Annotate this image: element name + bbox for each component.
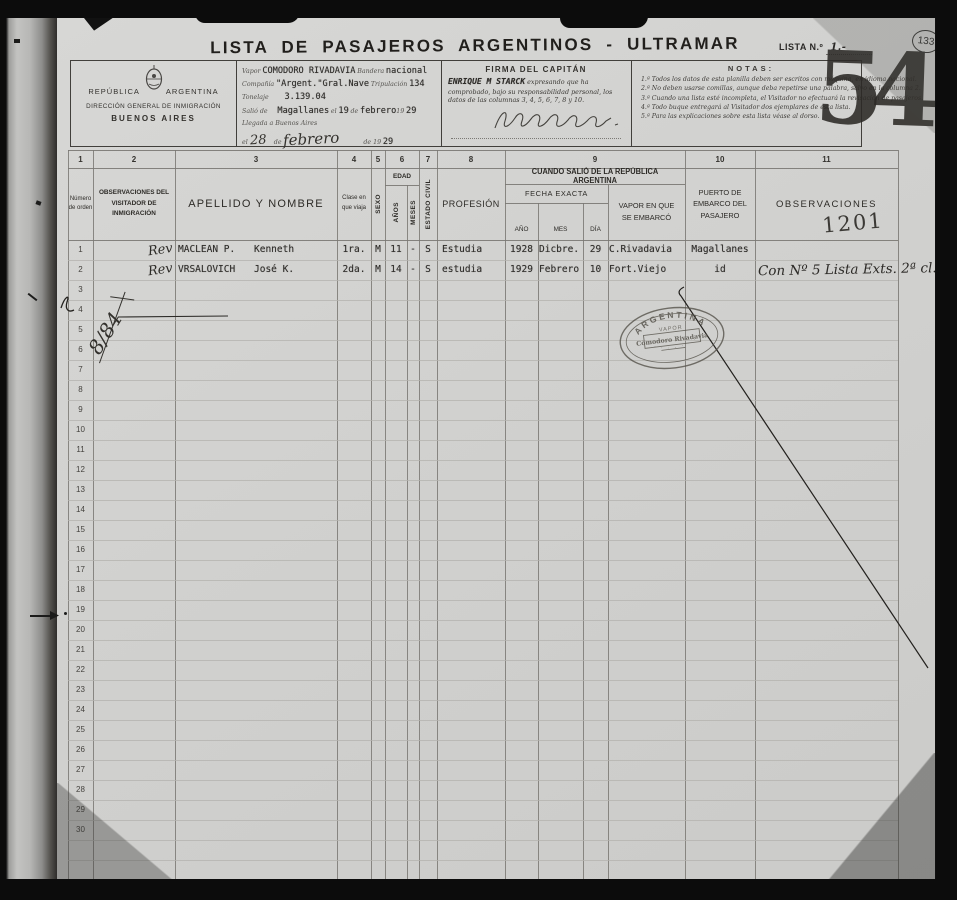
scan-corner-artifact bbox=[82, 17, 117, 32]
cell-anio: 1929 bbox=[505, 263, 538, 277]
th-sexo: SEXO bbox=[371, 168, 385, 240]
table-row: 11 bbox=[68, 440, 898, 460]
de-label: de bbox=[351, 108, 359, 115]
tonelaje-value: 3.139.04 bbox=[284, 92, 325, 102]
table-row: 15 bbox=[68, 520, 898, 540]
table-row: 5 bbox=[68, 320, 898, 340]
cell-num: 30 bbox=[68, 823, 93, 837]
cell-anios: 14 bbox=[385, 263, 407, 277]
bandera-label: Bandera bbox=[357, 68, 384, 75]
compania-label: Compañía bbox=[242, 81, 274, 88]
cell-num: 22 bbox=[68, 663, 93, 677]
cell-num: 5 bbox=[68, 323, 93, 337]
table-row: 19 bbox=[68, 600, 898, 620]
th-clase: Clase en que viaja bbox=[337, 168, 371, 240]
republica-label: REPÚBLICA bbox=[88, 87, 140, 96]
scan-black-blob bbox=[195, 0, 300, 23]
cell-sexo: M bbox=[371, 243, 385, 257]
cell-num: 28 bbox=[68, 783, 93, 797]
cell-num: 20 bbox=[68, 623, 93, 637]
table-row: 24 bbox=[68, 700, 898, 720]
cell-num: 15 bbox=[68, 523, 93, 537]
llegada-de19-label: de 19 bbox=[363, 139, 381, 146]
column-number: 11 bbox=[755, 150, 898, 168]
big-stamped-page-number: 54 bbox=[813, 37, 928, 141]
th-vapor-embarco: VAPOR EN QUE SE EMBARCÓ bbox=[608, 184, 685, 240]
ink-dot bbox=[64, 612, 67, 615]
th-anio: AÑO bbox=[505, 203, 538, 240]
th-cuando-salio: CUANDO SALIÓ DE LA REPÚBLICA ARGENTINA bbox=[510, 168, 681, 184]
cell-apellido: VRSALOVICH bbox=[178, 263, 258, 277]
vapor-label: Vapor bbox=[242, 68, 261, 75]
cell-num: 16 bbox=[68, 543, 93, 557]
page-title: LISTA DE PASAJEROS ARGENTINOS - ULTRAMAR bbox=[195, 34, 755, 59]
salio-puerto-value: Magallanes bbox=[277, 106, 329, 116]
table-row: 22 bbox=[68, 660, 898, 680]
ink-speck bbox=[14, 39, 20, 43]
cell-clase: 1ra. bbox=[337, 243, 371, 257]
cell-dia: 10 bbox=[583, 263, 608, 277]
table-row: 9 bbox=[68, 400, 898, 420]
cell-num: 25 bbox=[68, 723, 93, 737]
cell-puerto: Magallanes bbox=[685, 243, 755, 257]
column-number: 1 bbox=[68, 150, 93, 168]
table-row: 20 bbox=[68, 620, 898, 640]
cell-nombre: Kenneth bbox=[254, 243, 334, 257]
llegada-label: Llegada a Buenos Aires bbox=[242, 120, 317, 127]
column-number: 6 bbox=[385, 150, 419, 168]
cell-num: 12 bbox=[68, 463, 93, 477]
column-number: 10 bbox=[685, 150, 755, 168]
llegada-mes-handwritten: febrero bbox=[283, 128, 340, 149]
cell-anio: 1928 bbox=[505, 243, 538, 257]
cell-num: 27 bbox=[68, 763, 93, 777]
direccion-label: DIRECCIÓN GENERAL DE INMIGRACIÓN bbox=[71, 103, 236, 110]
th-numero: Número de orden bbox=[68, 168, 93, 240]
table-row: 28 bbox=[68, 780, 898, 800]
table-row: 2RevVRSALOVICHJosé K.2da.M14-Sestudia192… bbox=[68, 260, 898, 280]
th-mes: MES bbox=[538, 203, 583, 240]
table-row: 25 bbox=[68, 720, 898, 740]
column-number: 2 bbox=[93, 150, 175, 168]
cell-puerto: id bbox=[685, 263, 755, 277]
th-apellido-nombre: APELLIDO Y NOMBRE bbox=[175, 168, 337, 240]
th-dia: DÍA bbox=[583, 203, 608, 240]
column-number: 7 bbox=[419, 150, 437, 168]
vapor-value: COMODORO RIVADAVIA bbox=[262, 66, 355, 76]
cell-num: 7 bbox=[68, 363, 93, 377]
th-meses: MESES bbox=[407, 185, 419, 240]
column-number: 8 bbox=[437, 150, 505, 168]
ciudad-label: BUENOS AIRES bbox=[71, 114, 236, 123]
cell-dia: 29 bbox=[583, 243, 608, 257]
llegada-de-label: de bbox=[274, 139, 282, 146]
llegada-el-label: el bbox=[242, 139, 248, 146]
table-row: 4 bbox=[68, 300, 898, 320]
tripulacion-value: 134 bbox=[409, 79, 425, 89]
cell-num: 23 bbox=[68, 683, 93, 697]
salio-anio-value: 29 bbox=[406, 106, 416, 116]
cell-num: 24 bbox=[68, 703, 93, 717]
salio-dia-value: 19 bbox=[338, 106, 348, 116]
cell-nombre: José K. bbox=[254, 263, 334, 277]
cell-num: 29 bbox=[68, 803, 93, 817]
table-row: 13 bbox=[68, 480, 898, 500]
ship-info-block: Vapor COMODORO RIVADAVIA Bandera naciona… bbox=[236, 61, 441, 146]
book-binding-edge bbox=[0, 0, 57, 900]
cell-profesion: Estudia bbox=[442, 243, 506, 257]
table-row: 6 bbox=[68, 340, 898, 360]
cell-num: 19 bbox=[68, 603, 93, 617]
anio-prefijo: 19 bbox=[396, 108, 404, 115]
table-row: 29 bbox=[68, 800, 898, 820]
cell-num: 21 bbox=[68, 643, 93, 657]
tripulacion-label: Tripulación bbox=[371, 81, 407, 88]
cell-num: 13 bbox=[68, 483, 93, 497]
cell-num: 6 bbox=[68, 343, 93, 357]
cell-num: 1 bbox=[68, 243, 93, 257]
firma-title: FIRMA DEL CAPITÁN bbox=[448, 65, 624, 74]
th-profesion: PROFESIÓN bbox=[437, 168, 505, 240]
table-row: 27 bbox=[68, 760, 898, 780]
column-number: 5 bbox=[371, 150, 385, 168]
cell-mes: Febrero bbox=[539, 263, 584, 277]
cell-num: 26 bbox=[68, 743, 93, 757]
argentina-label: ARGENTINA bbox=[166, 87, 219, 96]
cell-obs: Con Nº 5 Lista Exts. 2ª cl. bbox=[758, 262, 908, 279]
cell-num: 14 bbox=[68, 503, 93, 517]
cell-clase: 2da. bbox=[337, 263, 371, 277]
cell-num: 8 bbox=[68, 383, 93, 397]
margin-arrow-mark bbox=[30, 615, 52, 617]
captain-name: ENRIQUE M STARCK bbox=[448, 77, 525, 86]
th-observaciones-visitador: OBSERVACIONES DEL VISITADOR DE INMIGRACI… bbox=[93, 168, 175, 240]
cell-estado: S bbox=[419, 243, 437, 257]
cell-profesion: estudia bbox=[442, 263, 506, 277]
table-row-line bbox=[68, 860, 898, 861]
salio-label: Salió de bbox=[242, 108, 268, 115]
table-row: 8 bbox=[68, 380, 898, 400]
cell-vapor: C.Rivadavia bbox=[609, 243, 685, 257]
cell-num: 17 bbox=[68, 563, 93, 577]
llegada-dia-handwritten: 28 bbox=[249, 132, 266, 148]
th-fecha-exacta: FECHA EXACTA bbox=[505, 184, 608, 203]
bandera-value: nacional bbox=[386, 66, 427, 76]
table-row: 12 bbox=[68, 460, 898, 480]
agency-block: REPÚBLICA ARGENTINA DIRECCIÓN GENERAL DE… bbox=[71, 61, 236, 146]
table-row: 3 bbox=[68, 280, 898, 300]
table-row: 30 bbox=[68, 820, 898, 840]
cell-mes: Dicbre. bbox=[539, 243, 584, 257]
cell-num: 4 bbox=[68, 303, 93, 317]
column-number: 9 bbox=[505, 150, 685, 168]
table-row: 26 bbox=[68, 740, 898, 760]
cell-sexo: M bbox=[371, 263, 385, 277]
cell-num: 11 bbox=[68, 443, 93, 457]
cell-num: 9 bbox=[68, 403, 93, 417]
table-row: 23 bbox=[68, 680, 898, 700]
cell-anios: 11 bbox=[385, 243, 407, 257]
cell-apellido: MACLEAN P. bbox=[178, 243, 258, 257]
th-anios: AÑOS bbox=[385, 185, 407, 240]
table-row: 10 bbox=[68, 420, 898, 440]
table-row: 21 bbox=[68, 640, 898, 660]
llegada-anio-value: 29 bbox=[383, 137, 393, 147]
form-header-boxes: REPÚBLICA ARGENTINA DIRECCIÓN GENERAL DE… bbox=[70, 60, 862, 147]
cell-num: 10 bbox=[68, 423, 93, 437]
scan-black-band-right bbox=[936, 0, 957, 900]
document-page: LISTA DE PASAJEROS ARGENTINOS - ULTRAMAR… bbox=[57, 17, 935, 883]
scan-black-blob bbox=[560, 0, 648, 28]
cell-estado: S bbox=[419, 263, 437, 277]
scan-black-band-bottom bbox=[0, 879, 957, 900]
table-row: 16 bbox=[68, 540, 898, 560]
table-row: 17 bbox=[68, 560, 898, 580]
compania-value: "Argent."Gral.Nave bbox=[276, 79, 369, 89]
table-row: 7 bbox=[68, 360, 898, 380]
table-row-line bbox=[68, 840, 898, 841]
cell-vapor: Fort.Viejo bbox=[609, 263, 685, 277]
th-estado-civil: ESTADO CIVIL bbox=[419, 168, 437, 240]
cell-num: 3 bbox=[68, 283, 93, 297]
tonelaje-label: Tonelaje bbox=[242, 94, 269, 101]
table-row: 14 bbox=[68, 500, 898, 520]
cell-meses: - bbox=[407, 243, 419, 257]
salio-mes-value: febrero bbox=[360, 106, 396, 116]
signature-dotted-line bbox=[451, 138, 621, 139]
column-number: 4 bbox=[337, 150, 371, 168]
cell-meses: - bbox=[407, 263, 419, 277]
el-label: el bbox=[331, 108, 337, 115]
table-row: 1RevMACLEAN P.Kenneth1ra.M11-SEstudia192… bbox=[68, 240, 898, 260]
cell-num: 2 bbox=[68, 263, 93, 277]
table-row: 18 bbox=[68, 580, 898, 600]
th-edad: EDAD bbox=[385, 168, 419, 185]
scan-black-band-top bbox=[0, 0, 957, 18]
scanned-passenger-list: LISTA DE PASAJEROS ARGENTINOS - ULTRAMAR… bbox=[0, 0, 957, 900]
captain-signature-block: FIRMA DEL CAPITÁN ENRIQUE M STARCK expre… bbox=[441, 61, 631, 146]
column-number: 3 bbox=[175, 150, 337, 168]
cell-num: 18 bbox=[68, 583, 93, 597]
th-puerto-embarco: PUERTO DE EMBARCO DEL PASAJERO bbox=[685, 168, 755, 240]
